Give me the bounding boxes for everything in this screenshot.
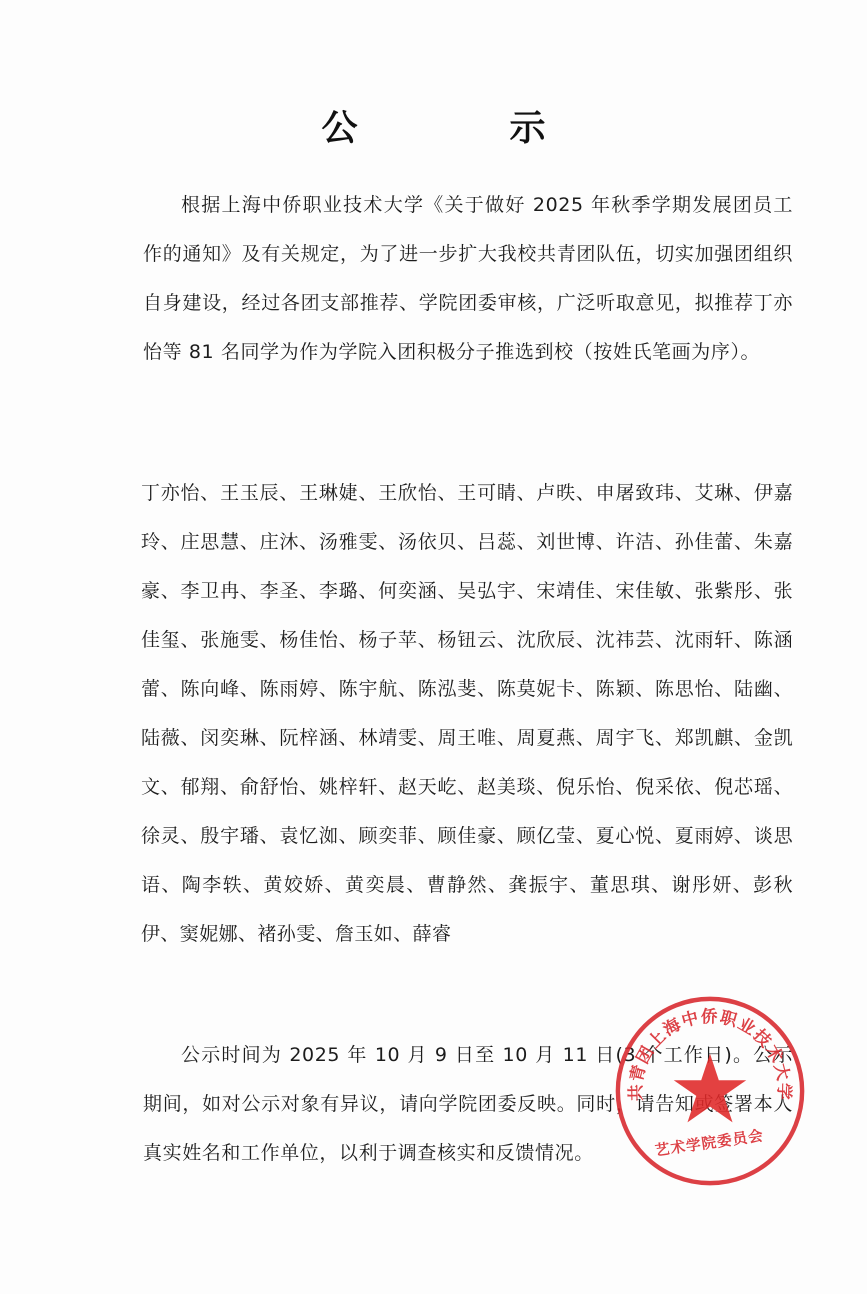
intro-paragraph: 根据上海中侨职业技术大学《关于做好 2025 年秋季学期发展团员工作的通知》及有…: [143, 181, 793, 377]
document-page: 公 示 根据上海中侨职业技术大学《关于做好 2025 年秋季学期发展团员工作的通…: [0, 0, 867, 1294]
official-seal: 共青团上海中侨职业技术大学 艺术学院委员会: [612, 993, 808, 1189]
red-star-icon: [674, 1054, 747, 1123]
nominee-names-list: 丁亦怡、王玉辰、王琳婕、王欣怡、王可睛、卢昳、申屠致玮、艾琳、伊嘉玲、庄思慧、庄…: [141, 469, 793, 959]
page-title: 公 示: [0, 100, 867, 151]
seal-inner-text: 艺术学院委员会: [654, 1126, 765, 1159]
